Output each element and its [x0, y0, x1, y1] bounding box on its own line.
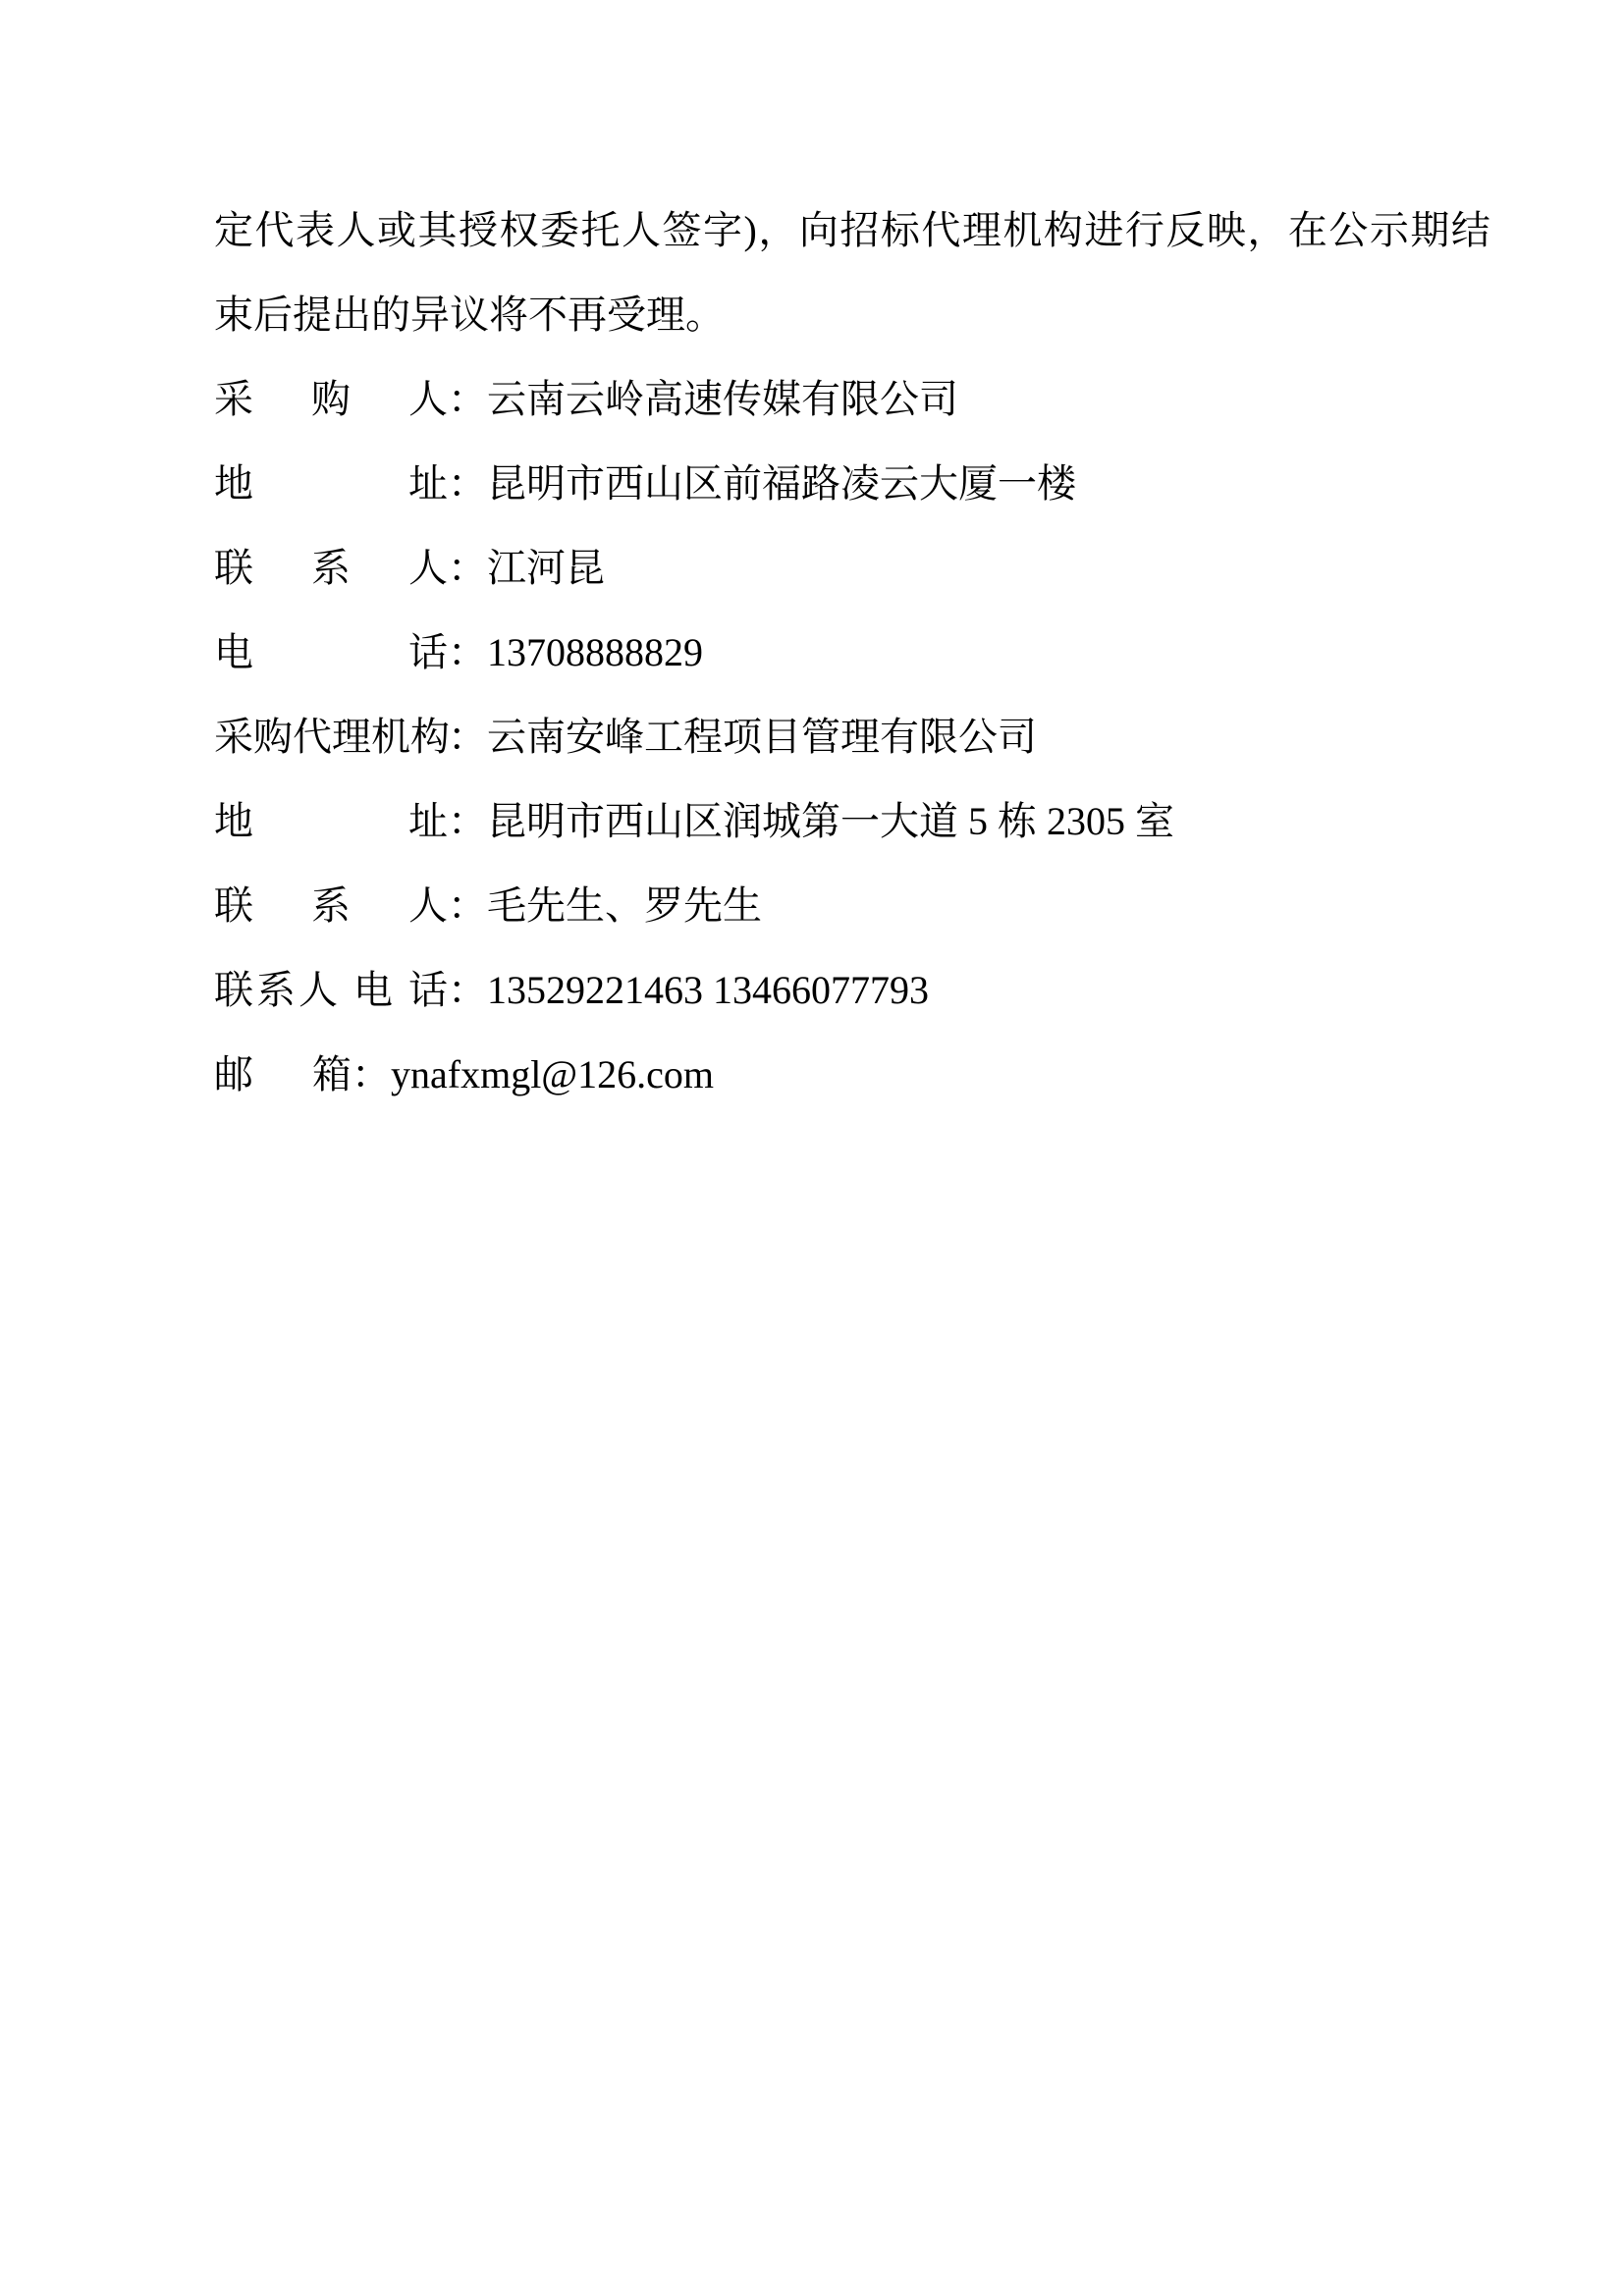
agency-name: 云南安峰工程项目管理有限公司	[487, 695, 1037, 779]
row-label: 联 系 人	[214, 864, 448, 948]
contact-row-purchaser-contact: 联 系 人：江河昆	[214, 526, 1490, 611]
contact-row-agency-email: 邮 箱：ynafxmgl@126.com	[214, 1033, 1490, 1117]
agency-address: 昆明市西山区润城第一大道 5 栋 2305 室	[487, 779, 1174, 864]
purchaser-contact-person: 江河昆	[487, 526, 605, 611]
paragraph-line: 束后提出的异议将不再受理。	[214, 273, 1490, 357]
contact-row-agency-contact: 联 系 人：毛先生、罗先生	[214, 864, 1490, 948]
row-label: 电 话	[214, 611, 448, 695]
contact-row-agency-phone: 联系人 电 话：13529221463 13466077793	[214, 948, 1490, 1033]
row-colon: ：	[448, 695, 487, 779]
row-label: 采购代理机构	[214, 695, 448, 779]
row-label: 采 购 人	[214, 357, 448, 442]
purchaser-address: 昆明市西山区前福路凌云大厦一楼	[487, 442, 1076, 526]
contact-row-agency: 采购代理机构：云南安峰工程项目管理有限公司	[214, 695, 1490, 779]
agency-email: ynafxmgl@126.com	[391, 1033, 714, 1117]
row-colon: ：	[448, 948, 487, 1033]
contact-row-purchaser-phone: 电 话：13708888829	[214, 611, 1490, 695]
paragraph-line: 定代表人或其授权委托人签字)，向招标代理机构进行反映，在公示期结	[214, 188, 1490, 273]
row-label: 联 系 人	[214, 526, 448, 611]
document-page: 定代表人或其授权委托人签字)，向招标代理机构进行反映，在公示期结 束后提出的异议…	[0, 0, 1624, 2296]
agency-contact-persons: 毛先生、罗先生	[487, 864, 762, 948]
row-colon: ：	[448, 526, 487, 611]
contact-row-purchaser-address: 地 址：昆明市西山区前福路凌云大厦一楼	[214, 442, 1490, 526]
row-label: 地 址	[214, 442, 448, 526]
row-colon: ：	[448, 442, 487, 526]
document-content: 定代表人或其授权委托人签字)，向招标代理机构进行反映，在公示期结 束后提出的异议…	[214, 188, 1490, 1117]
row-colon: ：	[352, 1033, 391, 1117]
row-colon: ：	[448, 864, 487, 948]
row-colon: ：	[448, 611, 487, 695]
contact-row-purchaser: 采 购 人：云南云岭高速传媒有限公司	[214, 357, 1490, 442]
agency-phone-numbers: 13529221463 13466077793	[487, 948, 929, 1033]
row-label: 联系人 电 话	[214, 948, 448, 1033]
row-colon: ：	[448, 357, 487, 442]
row-colon: ：	[448, 779, 487, 864]
purchaser-name: 云南云岭高速传媒有限公司	[487, 357, 958, 442]
row-label: 地 址	[214, 779, 448, 864]
row-label: 邮 箱	[214, 1033, 352, 1117]
purchaser-phone: 13708888829	[487, 611, 703, 695]
contact-row-agency-address: 地 址：昆明市西山区润城第一大道 5 栋 2305 室	[214, 779, 1490, 864]
